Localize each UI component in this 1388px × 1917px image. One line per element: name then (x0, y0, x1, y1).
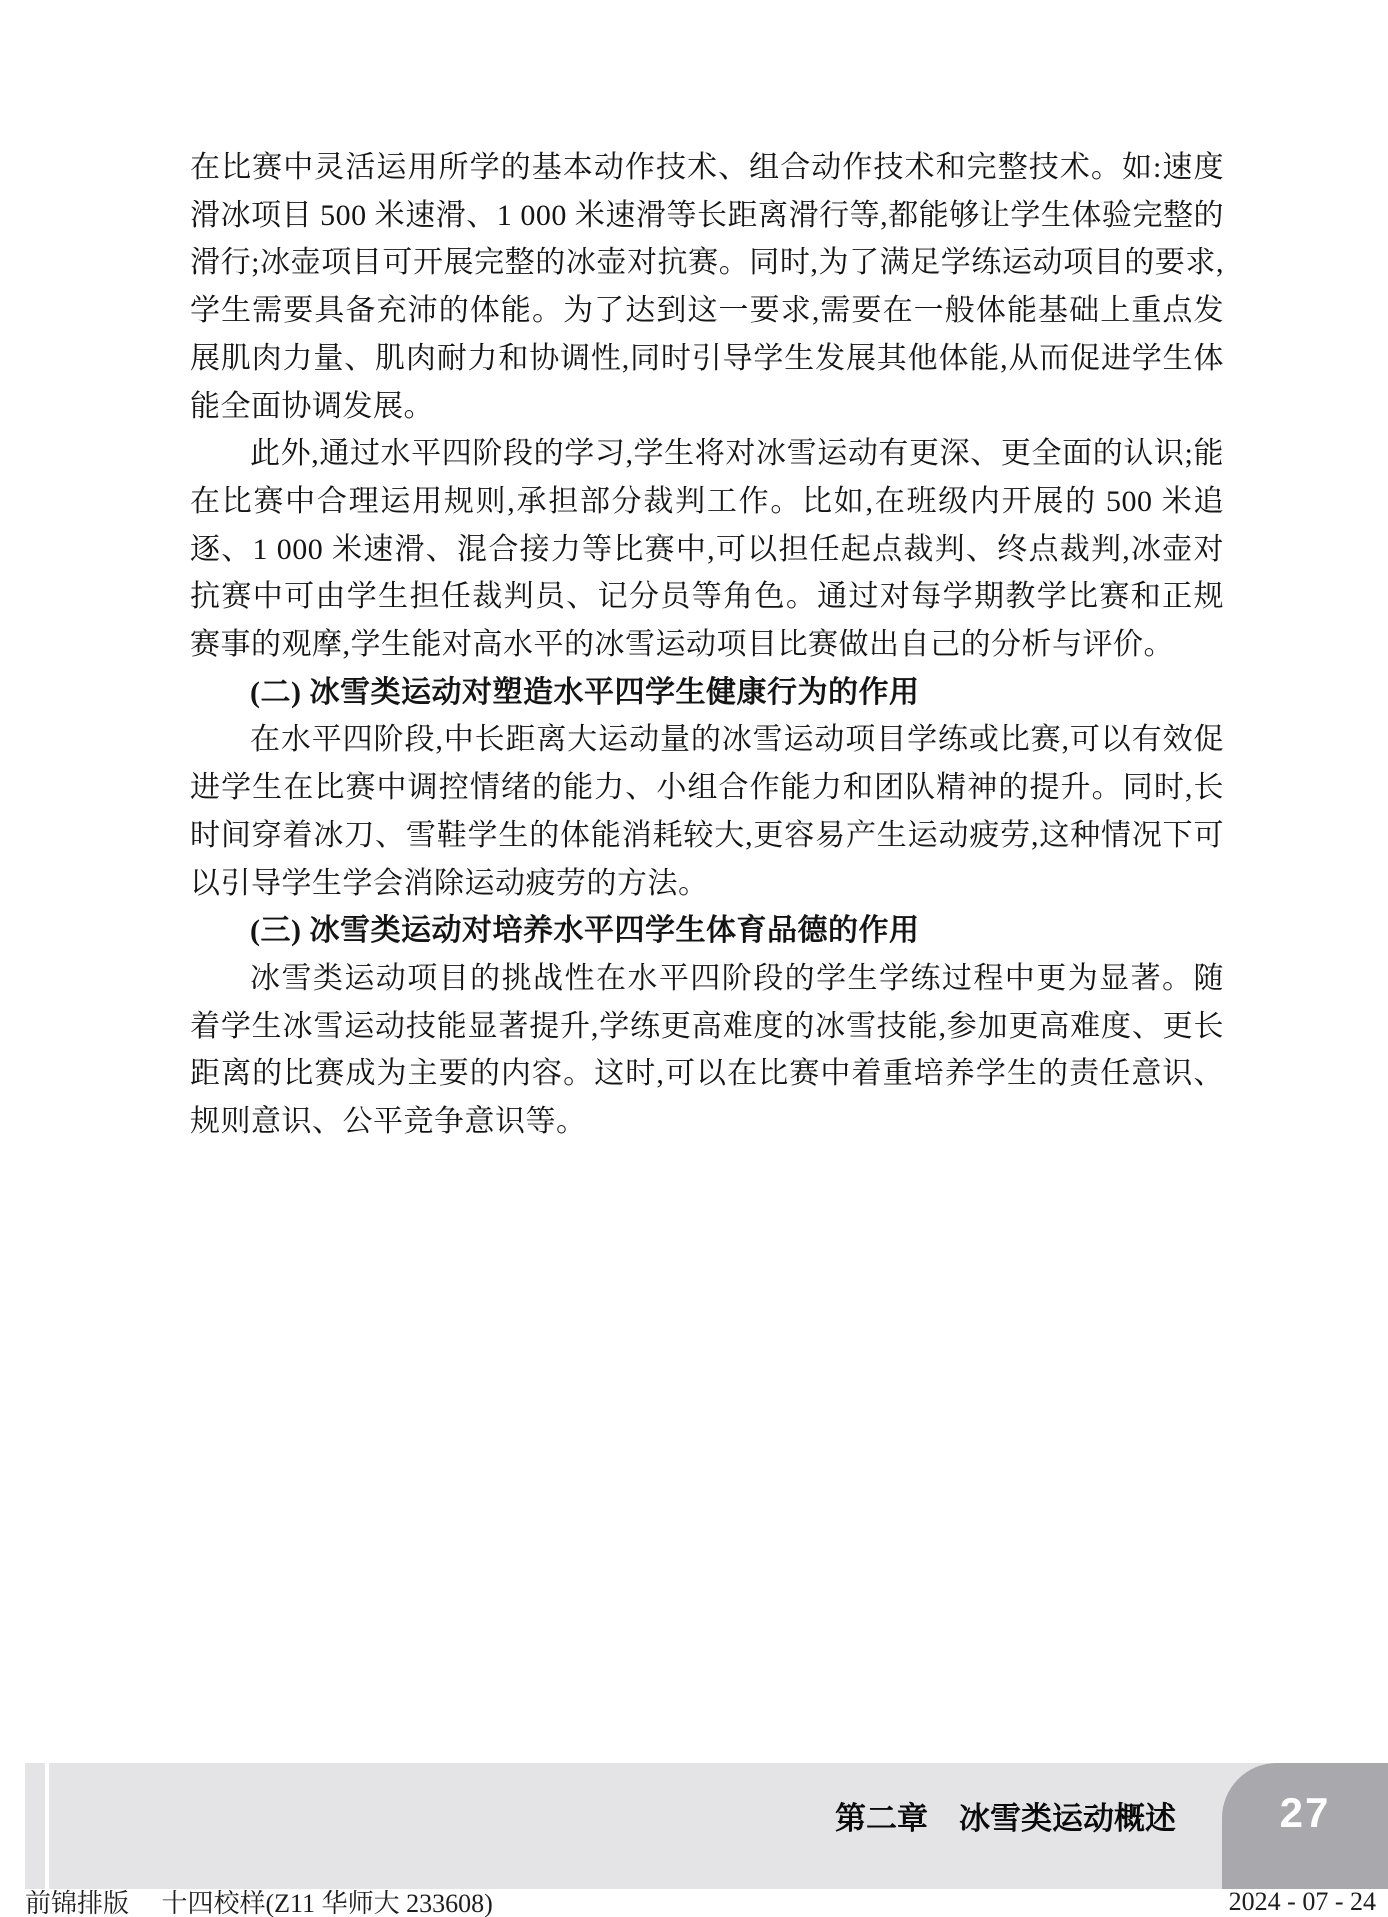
chapter-title: 第二章 冰雪类运动概述 (835, 1793, 1176, 1838)
proof-line: 前锦排版 十四校样(Z11 华师大 233608) 2024 - 07 - 24 (25, 1886, 1378, 1917)
page-number-badge: 27 (1222, 1763, 1388, 1889)
footer-bar: 第二章 冰雪类运动概述 (49, 1763, 1388, 1889)
body-paragraph-4: 冰雪类运动项目的挑战性在水平四阶段的学生学练过程中更为显著。随着学生冰雪运动技能… (190, 955, 1224, 1146)
body-paragraph-3: 在水平四阶段,中长距离大运动量的冰雪运动项目学练或比赛,可以有效促进学生在比赛中… (190, 716, 1224, 907)
subheading-health-behavior: (二) 冰雪类运动对塑造水平四学生健康行为的作用 (190, 669, 1224, 717)
proof-imprint-text: 前锦排版 十四校样(Z11 华师大 233608) (25, 1883, 493, 1917)
subheading-sports-morality: (三) 冰雪类运动对培养水平四学生体育品德的作用 (190, 907, 1224, 955)
body-paragraph-2: 此外,通过水平四阶段的学习,学生将对冰雪运动有更深、更全面的认识;能在比赛中合理… (190, 430, 1224, 669)
footer-edge-tab (25, 1763, 45, 1889)
page-body: 在比赛中灵活运用所学的基本动作技术、组合动作技术和完整技术。如:速度滑冰项目 5… (190, 144, 1224, 1146)
body-paragraph-1: 在比赛中灵活运用所学的基本动作技术、组合动作技术和完整技术。如:速度滑冰项目 5… (190, 144, 1224, 430)
proof-date: 2024 - 07 - 24 (1229, 1887, 1378, 1917)
page-number: 27 (1222, 1789, 1388, 1837)
textbook-page: 在比赛中灵活运用所学的基本动作技术、组合动作技术和完整技术。如:速度滑冰项目 5… (0, 0, 1388, 1917)
